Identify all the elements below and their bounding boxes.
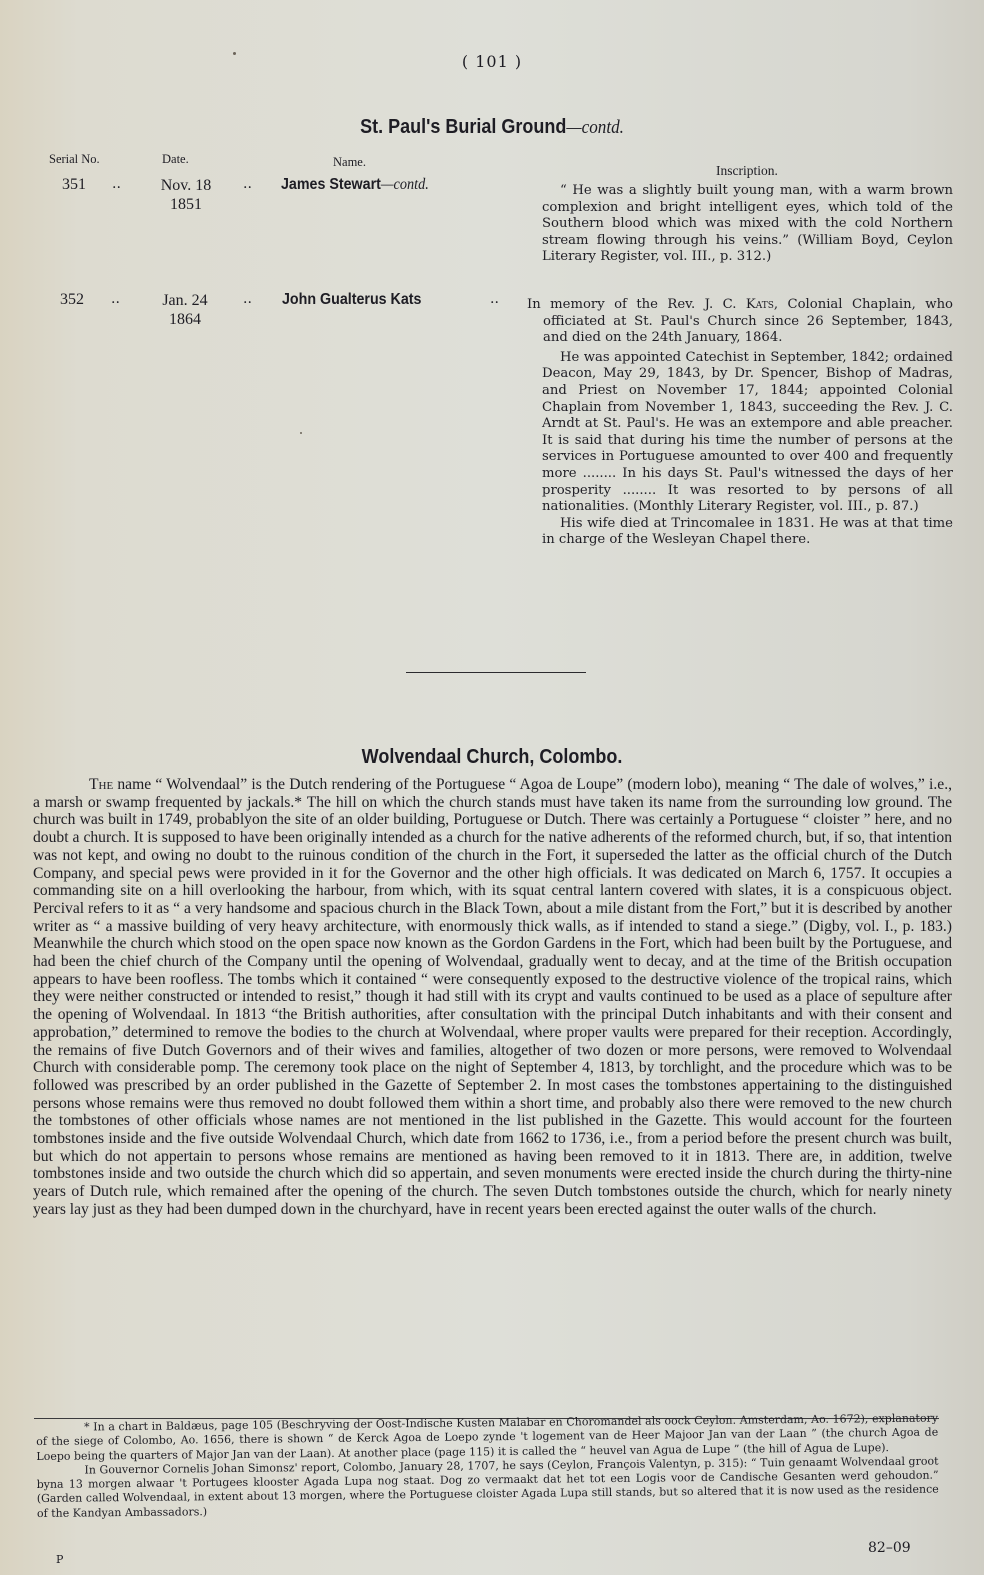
entry-name: John Gualterus Kats xyxy=(282,291,421,309)
entry-date-line1: Jan. 24 xyxy=(145,291,225,310)
column-header-serial: Serial No. xyxy=(49,152,100,167)
entry-date-line1: Nov. 18 xyxy=(146,176,226,195)
entry-inscription: In memory of the Rev. J. C. Kats, Coloni… xyxy=(527,297,953,549)
print-code: 82–09 xyxy=(868,1540,911,1556)
section-title-wolvendaal: Wolvendaal Church, Colombo. xyxy=(49,746,935,769)
entry-date: Nov. 18 1851 xyxy=(146,176,226,214)
inscription-paragraph: His wife died at Trincomalee in 1831. He… xyxy=(527,516,953,549)
leader-dots: .. xyxy=(490,291,499,307)
entry-serial: 352 xyxy=(60,291,84,309)
entry-inscription: “ He was a slightly built young man, wit… xyxy=(542,183,953,266)
column-header-inscription: Inscription. xyxy=(716,163,778,179)
entry-date-line2: 1851 xyxy=(146,195,226,214)
column-header-name: Name. xyxy=(333,155,366,170)
paper-speck xyxy=(300,432,302,434)
page-number: ( 101 ) xyxy=(0,52,984,71)
leader-dots: .. xyxy=(112,176,121,192)
leader-dots: .. xyxy=(243,176,252,192)
wolvendaal-body-text: name “ Wolvendaal” is the Dutch renderin… xyxy=(33,776,952,1218)
section-title-text: St. Paul's Burial Ground xyxy=(360,116,566,138)
inscription-paragraph: “ He was a slightly built young man, wit… xyxy=(542,183,953,266)
entry-serial: 351 xyxy=(62,176,86,194)
entry-date: Jan. 24 1864 xyxy=(145,291,225,329)
section-title-suffix: —contd. xyxy=(566,117,623,138)
leader-dots: .. xyxy=(111,291,120,307)
wolvendaal-paragraph: The name “ Wolvendaal” is the Dutch rend… xyxy=(33,776,952,1219)
paper-speck xyxy=(233,52,236,55)
leader-dots: .. xyxy=(243,291,252,307)
body-paragraph: The name “ Wolvendaal” is the Dutch rend… xyxy=(33,776,952,1219)
entry-name-text: James Stewart xyxy=(281,176,381,193)
section-title-st-pauls: St. Paul's Burial Ground—contd. xyxy=(49,116,935,139)
drop-lead: The xyxy=(89,776,113,793)
inscription-paragraph: In memory of the Rev. J. C. Kats, Coloni… xyxy=(527,297,953,347)
entry-name: James Stewart—contd. xyxy=(281,176,429,194)
section-divider xyxy=(406,672,586,673)
signature-mark: P xyxy=(56,1553,63,1566)
column-header-date: Date. xyxy=(162,152,189,167)
footnotes: * In a chart in Baldæus, page 105 (Besch… xyxy=(36,1412,939,1522)
entry-name-suffix: —contd. xyxy=(381,176,429,193)
inscription-paragraph: He was appointed Catechist in September,… xyxy=(527,350,953,516)
footnote: In Gouvernor Cornelis Johan Simonsz' rep… xyxy=(36,1454,939,1521)
entry-date-line2: 1864 xyxy=(145,310,225,329)
